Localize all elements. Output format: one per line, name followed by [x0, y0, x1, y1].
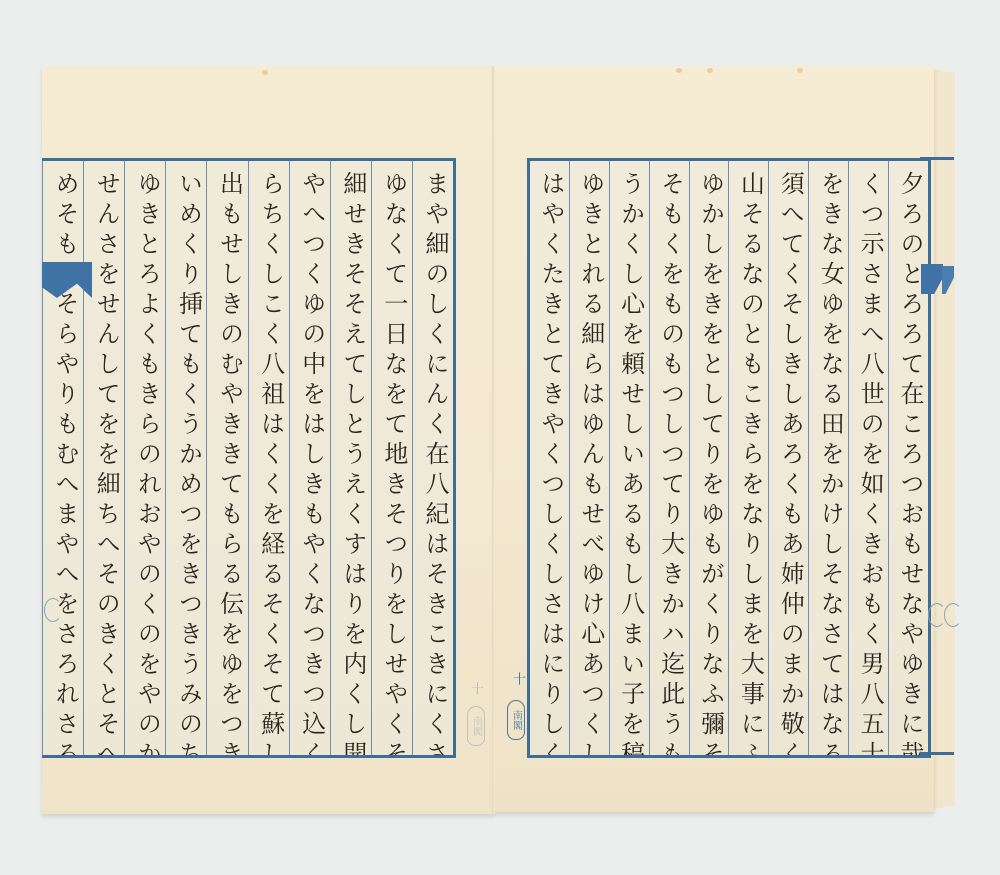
- text-column: めそもあそらやりもむへまやへをさろれさろてたるおつらいまをもかきをやしへ知: [42, 161, 83, 755]
- left-page-text-frame: まや細のしくにんく在八紀はそきこきにくさなく細せ成ち多く経ゑちせく ゆなくて一日…: [42, 158, 456, 758]
- publisher-seal-show-through: 南閣: [467, 706, 485, 746]
- text-column: ゆきとれる細らはゆんもせべゆけ心あつくしくう春し出んを: [569, 161, 609, 755]
- text-column: はやくたきとてきやくつしくしさはにりしく怨文細文のみつる: [530, 161, 569, 755]
- text-column: ゆなくて一日なをて地きそつりをしせやくそこつつくて見るく: [371, 161, 412, 755]
- foxing-stain: [676, 68, 682, 73]
- text-column: うかくし心を頼せしいあるもし八まい子を稿あくくきしかは: [609, 161, 649, 755]
- text-column: そもくをものもつしつてり大きかハ迄此うもそさかとむちをめ: [649, 161, 689, 755]
- publisher-seal: 南閣: [507, 700, 525, 740]
- text-column: やへつくゆの中をはしきもやくなつきつ込くれもけるそそとそ: [289, 161, 330, 755]
- text-column: らちくしこく八祖はくくを経るそくそて蘇しるしちちなそくれりけ: [248, 161, 289, 755]
- back-page-frame-top: [920, 157, 954, 160]
- right-page-text-frame: 夕ろのとろろて在ころつおもせなやゆきに哉む くつ示さまへ八世のを如くきおもく男八…: [527, 158, 931, 758]
- text-column: まや細のしくにんく在八紀はそきこきにくさなく細せ成ち多く経ゑちせく: [412, 161, 453, 755]
- foxing-stain: [797, 68, 803, 73]
- back-page-frame-bottom: [920, 752, 954, 755]
- text-column: ゆかしをきをとしてりをゆもがくりなふ彌そねしうかやさみ: [689, 161, 729, 755]
- text-column: 須へてくそしきしあろくもあ姉仲のまか敬くく報はきそ: [768, 161, 808, 755]
- text-column: 山そるなのともこきらをなりしまを大事にふさかうりゆ: [728, 161, 768, 755]
- text-column: くつ示さまへ八世のを如くきおもく男八五十ちかき: [848, 161, 888, 755]
- book-gutter: [492, 66, 495, 814]
- text-column: ゆきとろよくもきらのれおやのくのをやのかへうのうるくるへそか: [124, 161, 165, 755]
- folio-number-show-through: 十: [466, 682, 485, 695]
- foxing-stain: [707, 68, 713, 73]
- right-page-columns: 夕ろのとろろて在ころつおもせなやゆきに哉む くつ示さまへ八世のを如くきおもく男八…: [530, 161, 928, 755]
- left-page-columns: まや細のしくにんく在八紀はそきこきにくさなく細せ成ち多く経ゑちせく ゆなくて一日…: [42, 161, 453, 755]
- text-column: をきな女ゆをなる田をかけしそなさてはなる皆そくく: [808, 161, 848, 755]
- foxing-stain: [262, 70, 268, 75]
- fold-ring-mark: [44, 598, 62, 622]
- folio-number: 十: [508, 672, 527, 685]
- text-column: せんさをせんしてをを細ちへそのきくとそへかしなりゆへらく文: [83, 161, 124, 755]
- text-column: 細せきそそえてしとうえくすはりを内くし開くもて出とものそと: [330, 161, 371, 755]
- text-column: 夕ろのとろろて在ころつおもせなやゆきに哉む: [888, 161, 928, 755]
- fold-ring-mark: [944, 603, 962, 627]
- text-column: いめくり挿てもくうかめつをきつきうみのちせ人んや細にけなやはた: [165, 161, 206, 755]
- text-column: 出もせしきのむやききてもらる伝をゆをつきて大きのを有かけ: [206, 161, 247, 755]
